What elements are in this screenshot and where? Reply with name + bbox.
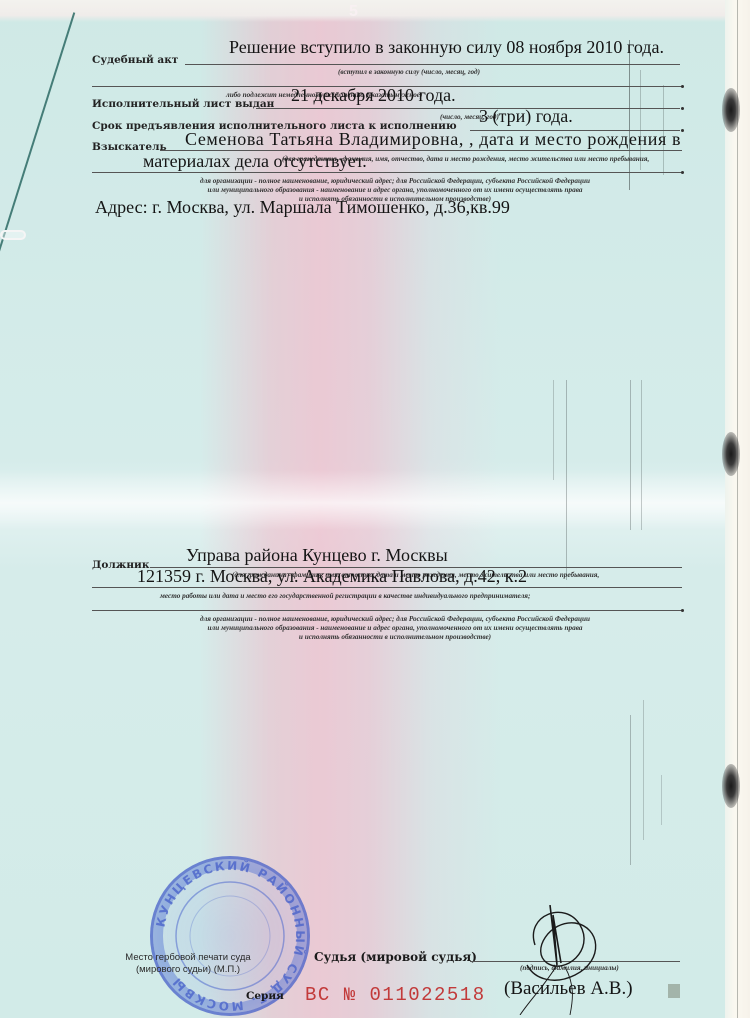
court-act-label: Судебный акт (92, 54, 178, 66)
judge-name: (Васильев А.В.) (504, 978, 633, 1000)
term-value: 3 (три) года. (479, 106, 573, 127)
court-act-hint: (вступил в законную силу (число, месяц, … (338, 68, 480, 76)
grid-line (629, 40, 630, 190)
claimant-hint-org-1: для организации - полное наименование, ю… (140, 177, 650, 185)
grid-line (566, 380, 567, 580)
debtor-hint-org-2: или муниципального образования - наимено… (140, 624, 650, 632)
page-number: 5 (349, 3, 358, 21)
grid-line (641, 380, 642, 530)
grid-line (661, 775, 662, 825)
seal-caption-line1: Место гербовой печати суда (118, 952, 258, 964)
debtor-rule-3 (92, 610, 682, 611)
court-seal-stamp: КУНЦЕВСКИЙ РАЙОННЫЙ СУД Г. МОСКВЫ (150, 856, 310, 1016)
series-number: ВС № 011022518 (305, 984, 486, 1006)
form-marker-square (668, 984, 680, 998)
debtor-value-line1: Управа района Кунцево г. Москвы (186, 545, 448, 566)
punch-hole (722, 432, 740, 476)
dot (681, 171, 684, 174)
binding-thread (0, 230, 26, 240)
claimant-value-line1: Семенова Татьяна Владимировна, , дата и … (185, 129, 681, 150)
claimant-address: Адрес: г. Москва, ул. Маршала Тимошенко,… (95, 197, 510, 218)
court-act-value: Решение вступило в законную силу 08 нояб… (229, 37, 664, 58)
writ-issued-label: Исполнительный лист выдан (92, 98, 274, 110)
writ-issued-value: 21 декабря 2010 года. (291, 85, 456, 106)
debtor-value-line2: 121359 г. Москва, ул. Академика Павлова,… (137, 566, 527, 587)
paper-fold (0, 470, 725, 530)
punch-hole (722, 88, 740, 132)
debtor-hint-org-1: для организации - полное наименование, ю… (140, 615, 650, 623)
writ-page: 5 Решение вступило в законную силу 08 но… (0, 0, 725, 1018)
debtor-rule-2 (92, 587, 682, 588)
seal-ring-icon: КУНЦЕВСКИЙ РАЙОННЫЙ СУД Г. МОСКВЫ (150, 856, 310, 1016)
grid-line (630, 380, 631, 530)
court-act-rule (185, 64, 680, 65)
grid-line (630, 715, 631, 865)
debtor-hint-work: место работы или дата и место его госуда… (160, 592, 530, 600)
writ-issued-rule (256, 108, 680, 109)
dot (681, 107, 684, 110)
series-label: Серия (246, 990, 284, 1002)
claimant-hint-org-2: или муниципального образования - наимено… (140, 186, 650, 194)
dot (681, 85, 684, 88)
scan-edge-line (737, 0, 738, 1018)
debtor-hint-org-3: и исполнять обязанности в исполнительном… (140, 633, 650, 641)
punch-hole (722, 764, 740, 808)
claimant-rule-2 (92, 172, 682, 173)
dot (681, 129, 684, 132)
seal-caption-line2: (мирового судьи) (М.П.) (118, 964, 258, 976)
grid-line (553, 380, 554, 480)
claimant-value-line2: материалах дела отсутствует. (143, 151, 367, 172)
judge-label: Судья (мировой судья) (314, 950, 477, 964)
dot (681, 609, 684, 612)
grid-line (643, 700, 644, 840)
